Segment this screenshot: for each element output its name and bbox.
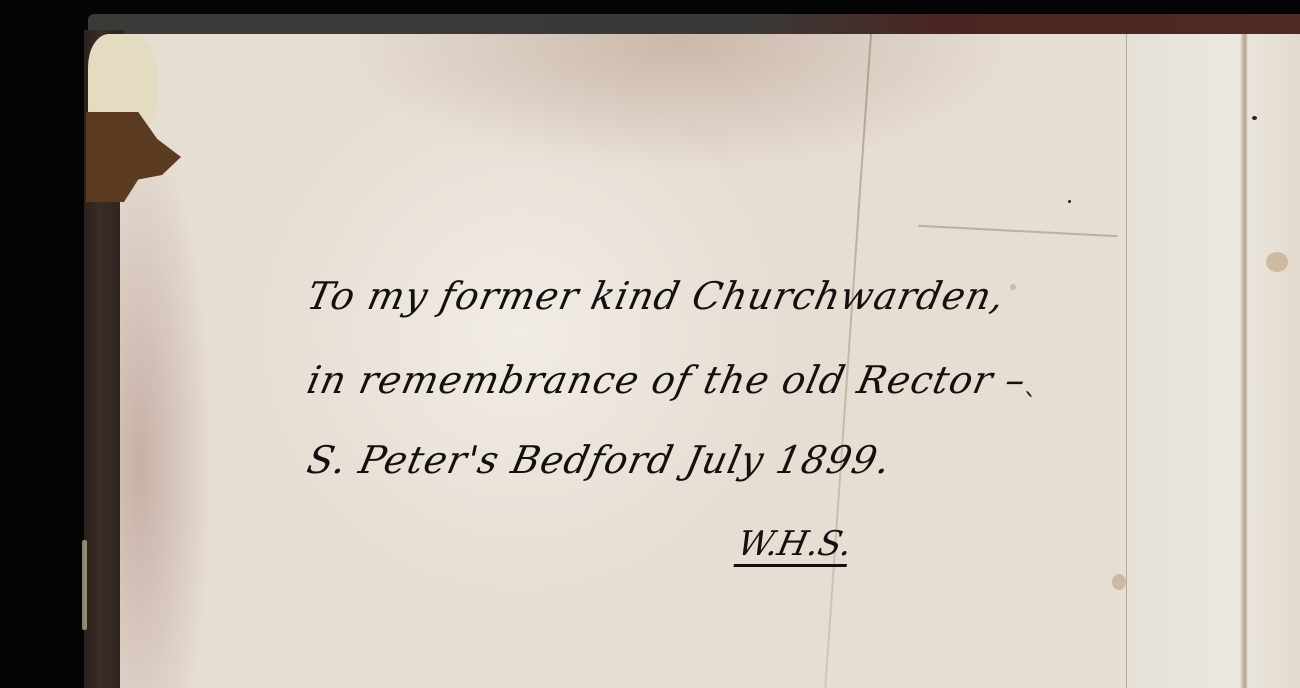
cover-wear-mark xyxy=(82,540,87,630)
book-cover-top-edge xyxy=(88,14,1300,36)
inscription-line-1: To my former kind Churchwarden, xyxy=(303,274,1009,318)
signature-initials: W.H.S. xyxy=(733,524,855,567)
book-gutter xyxy=(1240,34,1248,688)
inscription-line-3: S. Peter's Bedford July 1899. xyxy=(303,438,895,482)
foxing-stain xyxy=(1112,574,1126,590)
ink-speck xyxy=(1252,116,1257,120)
foxing-stain xyxy=(1266,252,1288,272)
facing-page xyxy=(1126,34,1300,688)
inscription-line-2: in remembrance of the old Rector – xyxy=(303,358,1030,402)
ink-speck xyxy=(1068,200,1071,203)
handwritten-inscription: To my former kind Churchwarden, in remem… xyxy=(300,262,1060,592)
